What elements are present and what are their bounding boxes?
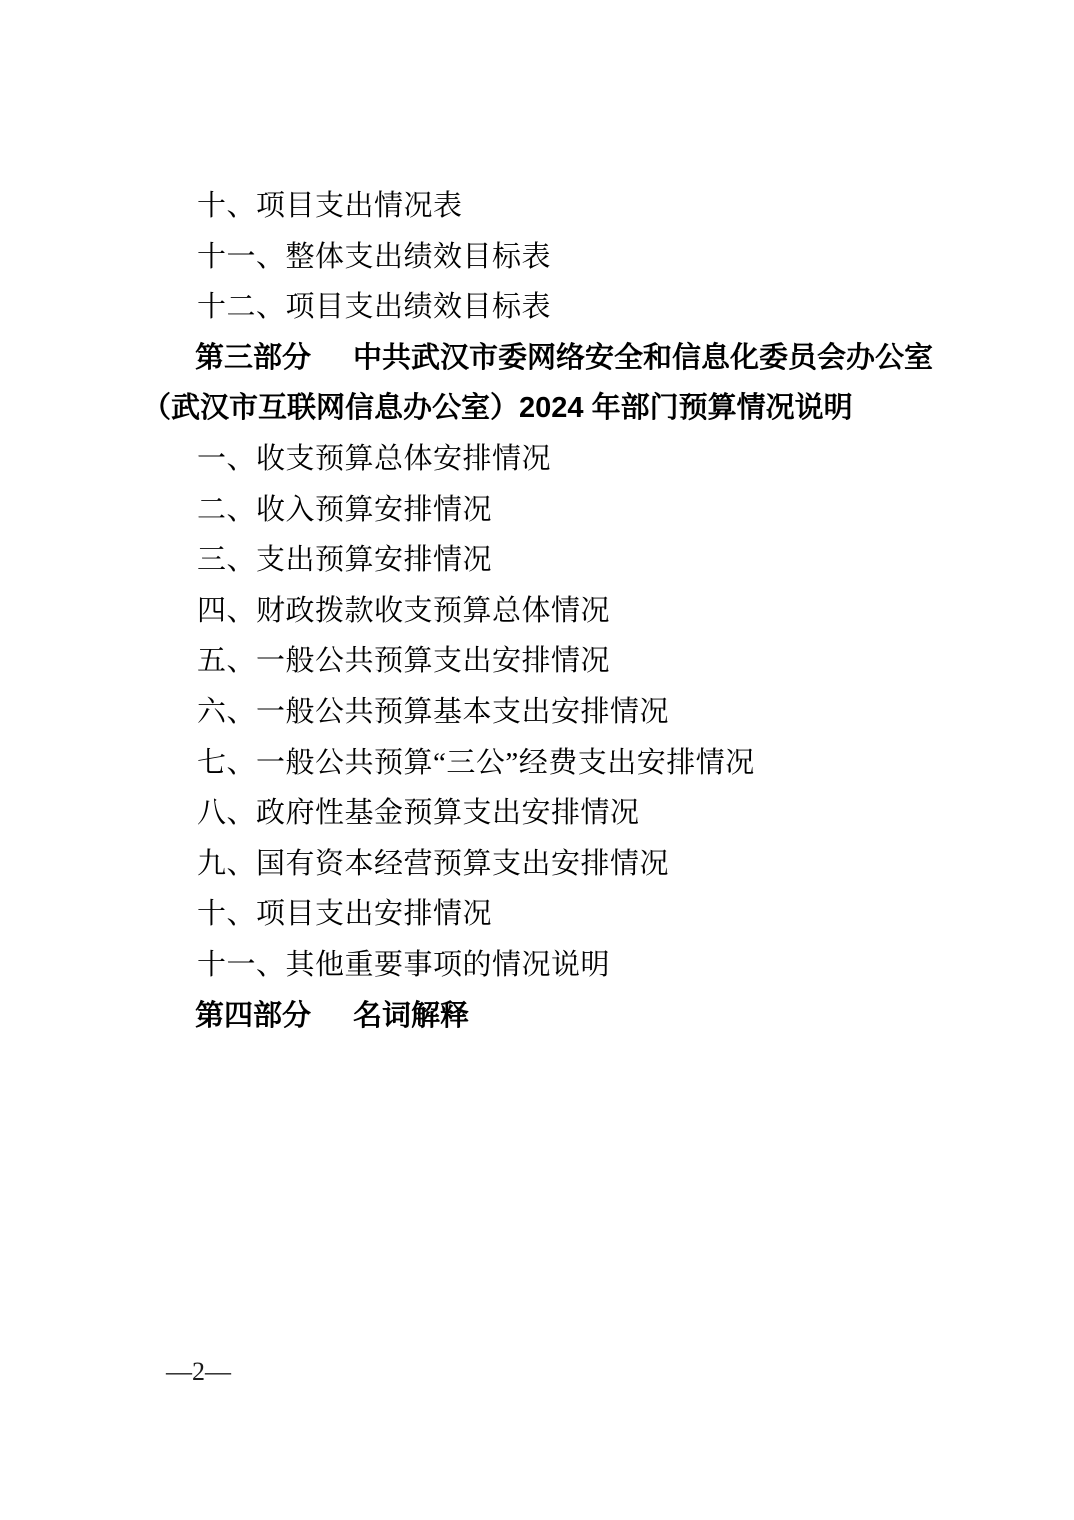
heading-gap	[311, 1024, 353, 1025]
toc-item: 七、一般公共预算“三公”经费支出安排情况	[140, 738, 940, 789]
toc-item: 十一、其他重要事项的情况说明	[140, 940, 940, 991]
part4-heading: 第四部分名词解释	[140, 991, 940, 1042]
page-number: —2—	[166, 1356, 231, 1388]
toc-item: 十、项目支出安排情况	[140, 889, 940, 940]
part3-heading-line2: （武汉市互联网信息办公室）2024 年部门预算情况说明	[140, 383, 940, 434]
part4-title: 名词解释	[353, 1000, 469, 1032]
part3-title: 中共武汉市委网络安全和信息化委员会办公室	[353, 342, 933, 374]
toc-item: 一、收支预算总体安排情况	[140, 434, 940, 485]
toc-item: 十、项目支出情况表	[140, 181, 940, 232]
toc-item: 六、一般公共预算基本支出安排情况	[140, 687, 940, 738]
toc-item: 十一、整体支出绩效目标表	[140, 232, 940, 283]
part3-heading-line1: 第三部分中共武汉市委网络安全和信息化委员会办公室	[140, 333, 940, 384]
document-page: 十、项目支出情况表 十一、整体支出绩效目标表 十二、项目支出绩效目标表 第三部分…	[0, 0, 1074, 1520]
toc-item: 四、财政拨款收支预算总体情况	[140, 586, 940, 637]
table-of-contents: 十、项目支出情况表 十一、整体支出绩效目标表 十二、项目支出绩效目标表 第三部分…	[140, 181, 940, 1041]
toc-item: 八、政府性基金预算支出安排情况	[140, 788, 940, 839]
heading-gap	[311, 366, 353, 367]
part3-label: 第三部分	[195, 342, 311, 374]
toc-item: 五、一般公共预算支出安排情况	[140, 636, 940, 687]
toc-item: 十二、项目支出绩效目标表	[140, 282, 940, 333]
toc-item: 九、国有资本经营预算支出安排情况	[140, 839, 940, 890]
toc-item: 三、支出预算安排情况	[140, 535, 940, 586]
toc-item: 二、收入预算安排情况	[140, 485, 940, 536]
part4-label: 第四部分	[195, 1000, 311, 1032]
